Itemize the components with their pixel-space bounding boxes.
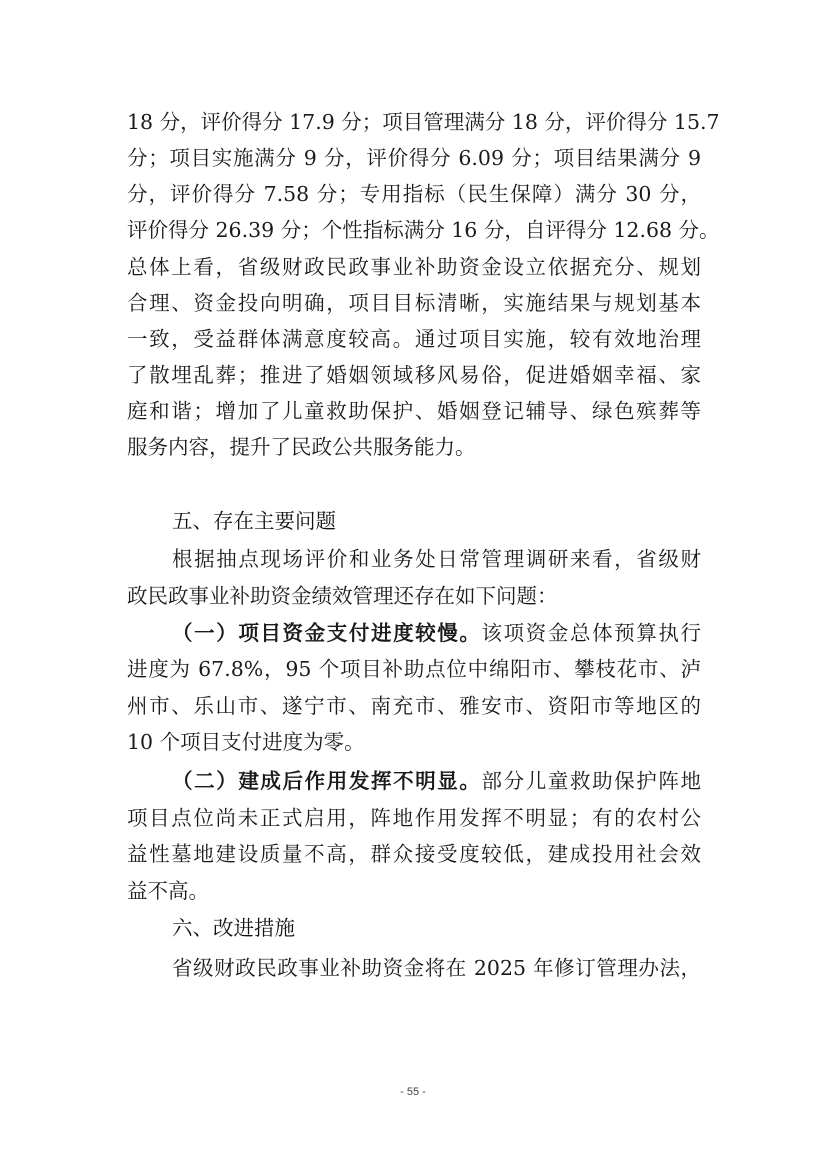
- paragraph-line: 省级财政民政事业补助资金将在 2025 年修订管理办法，: [172, 955, 701, 981]
- issue-1-text: 该项资金总体预算执行: [482, 621, 701, 645]
- paragraph-line: 了散埋乱葬；推进了婚姻领域移风易俗，促进婚姻幸福、家: [127, 362, 701, 388]
- paragraph-line: 10 个项目支付进度为零。: [127, 729, 701, 755]
- paragraph-line: 一致，受益群体满意度较高。通过项目实施，较有效地治理: [127, 326, 701, 352]
- paragraph-line: 合理、资金投向明确，项目目标清晰，实施结果与规划基本: [127, 290, 701, 316]
- issue-1-title: （一）项目资金支付进度较慢。: [172, 621, 482, 645]
- paragraph-line: 益不高。: [127, 878, 701, 904]
- paragraph-line: 政民政事业补助资金绩效管理还存在如下问题：: [127, 583, 701, 609]
- paragraph-line: 进度为 67.8%，95 个项目补助点位中绵阳市、攀枝花市、泸: [127, 656, 701, 682]
- issue-2-text: 部分儿童救助保护阵地: [482, 769, 701, 793]
- paragraph-line: 项目点位尚未正式启用，阵地作用发挥不明显；有的农村公: [127, 805, 701, 831]
- paragraph-line: 评价得分 26.39 分；个性指标满分 16 分，自评得分 12.68 分。: [127, 217, 701, 243]
- issue-2-title: （二）建成后作用发挥不明显。: [172, 769, 482, 793]
- paragraph-line: 庭和谐；增加了儿童救助保护、婚姻登记辅导、绿色殡葬等: [127, 398, 701, 424]
- issue-1-first-line: （一）项目资金支付进度较慢。该项资金总体预算执行: [172, 620, 701, 646]
- document-page: 18 分，评价得分 17.9 分；项目管理满分 18 分，评价得分 15.7 分…: [0, 0, 826, 1169]
- issue-2-first-line: （二）建成后作用发挥不明显。部分儿童救助保护阵地: [172, 768, 701, 794]
- paragraph-line: 根据抽点现场评价和业务处日常管理调研来看，省级财: [172, 546, 701, 572]
- paragraph-line: 服务内容，提升了民政公共服务能力。: [127, 434, 701, 460]
- section-heading-6: 六、改进措施: [172, 915, 295, 941]
- paragraph-line: 总体上看，省级财政民政事业补助资金设立依据充分、规划: [127, 254, 701, 280]
- section-heading-5: 五、存在主要问题: [172, 508, 336, 534]
- paragraph-line: 州市、乐山市、遂宁市、南充市、雅安市、资阳市等地区的: [127, 693, 701, 719]
- paragraph-line: 18 分，评价得分 17.9 分；项目管理满分 18 分，评价得分 15.7: [127, 109, 701, 135]
- paragraph-line: 分，评价得分 7.58 分；专用指标（民生保障）满分 30 分，: [127, 181, 701, 207]
- paragraph-line: 益性墓地建设质量不高，群众接受度较低，建成投用社会效: [127, 841, 701, 867]
- paragraph-line: 分；项目实施满分 9 分，评价得分 6.09 分；项目结果满分 9: [127, 145, 701, 171]
- page-number: - 55 -: [0, 1086, 826, 1098]
